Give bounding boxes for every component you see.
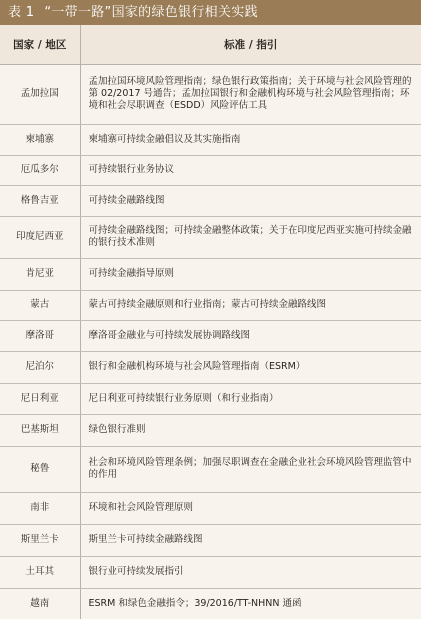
country-cell: 越南 bbox=[0, 588, 80, 619]
standard-cell: 可持续金融指导原则 bbox=[80, 258, 421, 290]
standard-cell: 蒙古可持续金融原则和行业指南；蒙古可持续金融路线图 bbox=[80, 290, 421, 320]
country-cell: 柬埔寨 bbox=[0, 124, 80, 155]
country-cell: 斯里兰卡 bbox=[0, 524, 80, 556]
standard-cell: ESRM 和绿色金融指令；39/2016/TT-NHNN 通函 bbox=[80, 588, 421, 619]
table-row: 秘鲁社会和环境风险管理条例；加强尽职调查在金融企业社会环境风险管理监管中的作用 bbox=[0, 446, 421, 492]
table-row: 肯尼亚可持续金融指导原则 bbox=[0, 258, 421, 290]
country-cell: 厄瓜多尔 bbox=[0, 155, 80, 185]
table-row: 摩洛哥摩洛哥金融业与可持续发展协调路线图 bbox=[0, 320, 421, 351]
table-row: 印度尼西亚可持续金融路线图；可持续金融整体政策；关于在印度尼西亚实施可持续金融的… bbox=[0, 216, 421, 258]
country-cell: 孟加拉国 bbox=[0, 64, 80, 124]
table-body: 孟加拉国孟加拉国环境风险管理指南；绿色银行政策指南；关于环境与社会风险管理的第 … bbox=[0, 64, 421, 619]
standard-cell: 柬埔寨可持续金融倡议及其实施指南 bbox=[80, 124, 421, 155]
table-row: 格鲁吉亚可持续金融路线图 bbox=[0, 185, 421, 216]
country-cell: 土耳其 bbox=[0, 556, 80, 588]
standard-cell: 环境和社会风险管理原则 bbox=[80, 492, 421, 524]
standard-cell: 尼日利亚可持续银行业务原则（和行业指南） bbox=[80, 383, 421, 414]
table-caption: 表 1“一带一路”国家的绿色银行相关实践 bbox=[0, 0, 421, 25]
table-row: 柬埔寨柬埔寨可持续金融倡议及其实施指南 bbox=[0, 124, 421, 155]
table-row: 厄瓜多尔可持续银行业务协议 bbox=[0, 155, 421, 185]
standard-cell: 可持续金融路线图；可持续金融整体政策；关于在印度尼西亚实施可持续金融的银行技术准… bbox=[80, 216, 421, 258]
standard-cell: 社会和环境风险管理条例；加强尽职调查在金融企业社会环境风险管理监管中的作用 bbox=[80, 446, 421, 492]
standard-cell: 可持续银行业务协议 bbox=[80, 155, 421, 185]
standard-cell: 孟加拉国环境风险管理指南；绿色银行政策指南；关于环境与社会风险管理的第 02/2… bbox=[80, 64, 421, 124]
header-row: 国家 / 地区 标准 / 指引 bbox=[0, 25, 421, 64]
standard-cell: 银行和金融机构环境与社会风险管理指南（ESRM） bbox=[80, 351, 421, 383]
standard-cell: 绿色银行准则 bbox=[80, 414, 421, 446]
standard-cell: 斯里兰卡可持续金融路线图 bbox=[80, 524, 421, 556]
column-header-country: 国家 / 地区 bbox=[0, 25, 80, 64]
green-banking-table: 国家 / 地区 标准 / 指引 孟加拉国孟加拉国环境风险管理指南；绿色银行政策指… bbox=[0, 25, 421, 619]
country-cell: 尼日利亚 bbox=[0, 383, 80, 414]
table-row: 尼日利亚尼日利亚可持续银行业务原则（和行业指南） bbox=[0, 383, 421, 414]
table-number: 表 1 bbox=[8, 5, 34, 20]
country-cell: 印度尼西亚 bbox=[0, 216, 80, 258]
standard-cell: 摩洛哥金融业与可持续发展协调路线图 bbox=[80, 320, 421, 351]
table-title: “一带一路”国家的绿色银行相关实践 bbox=[44, 5, 258, 20]
table-row: 越南ESRM 和绿色金融指令；39/2016/TT-NHNN 通函 bbox=[0, 588, 421, 619]
table-row: 斯里兰卡斯里兰卡可持续金融路线图 bbox=[0, 524, 421, 556]
table-row: 蒙古蒙古可持续金融原则和行业指南；蒙古可持续金融路线图 bbox=[0, 290, 421, 320]
country-cell: 南非 bbox=[0, 492, 80, 524]
country-cell: 秘鲁 bbox=[0, 446, 80, 492]
country-cell: 尼泊尔 bbox=[0, 351, 80, 383]
standard-cell: 可持续金融路线图 bbox=[80, 185, 421, 216]
column-header-standard: 标准 / 指引 bbox=[80, 25, 421, 64]
country-cell: 蒙古 bbox=[0, 290, 80, 320]
table-row: 南非环境和社会风险管理原则 bbox=[0, 492, 421, 524]
standard-cell: 银行业可持续发展指引 bbox=[80, 556, 421, 588]
country-cell: 肯尼亚 bbox=[0, 258, 80, 290]
table-row: 孟加拉国孟加拉国环境风险管理指南；绿色银行政策指南；关于环境与社会风险管理的第 … bbox=[0, 64, 421, 124]
country-cell: 巴基斯坦 bbox=[0, 414, 80, 446]
table-row: 尼泊尔银行和金融机构环境与社会风险管理指南（ESRM） bbox=[0, 351, 421, 383]
table-row: 土耳其银行业可持续发展指引 bbox=[0, 556, 421, 588]
table-row: 巴基斯坦绿色银行准则 bbox=[0, 414, 421, 446]
country-cell: 摩洛哥 bbox=[0, 320, 80, 351]
country-cell: 格鲁吉亚 bbox=[0, 185, 80, 216]
